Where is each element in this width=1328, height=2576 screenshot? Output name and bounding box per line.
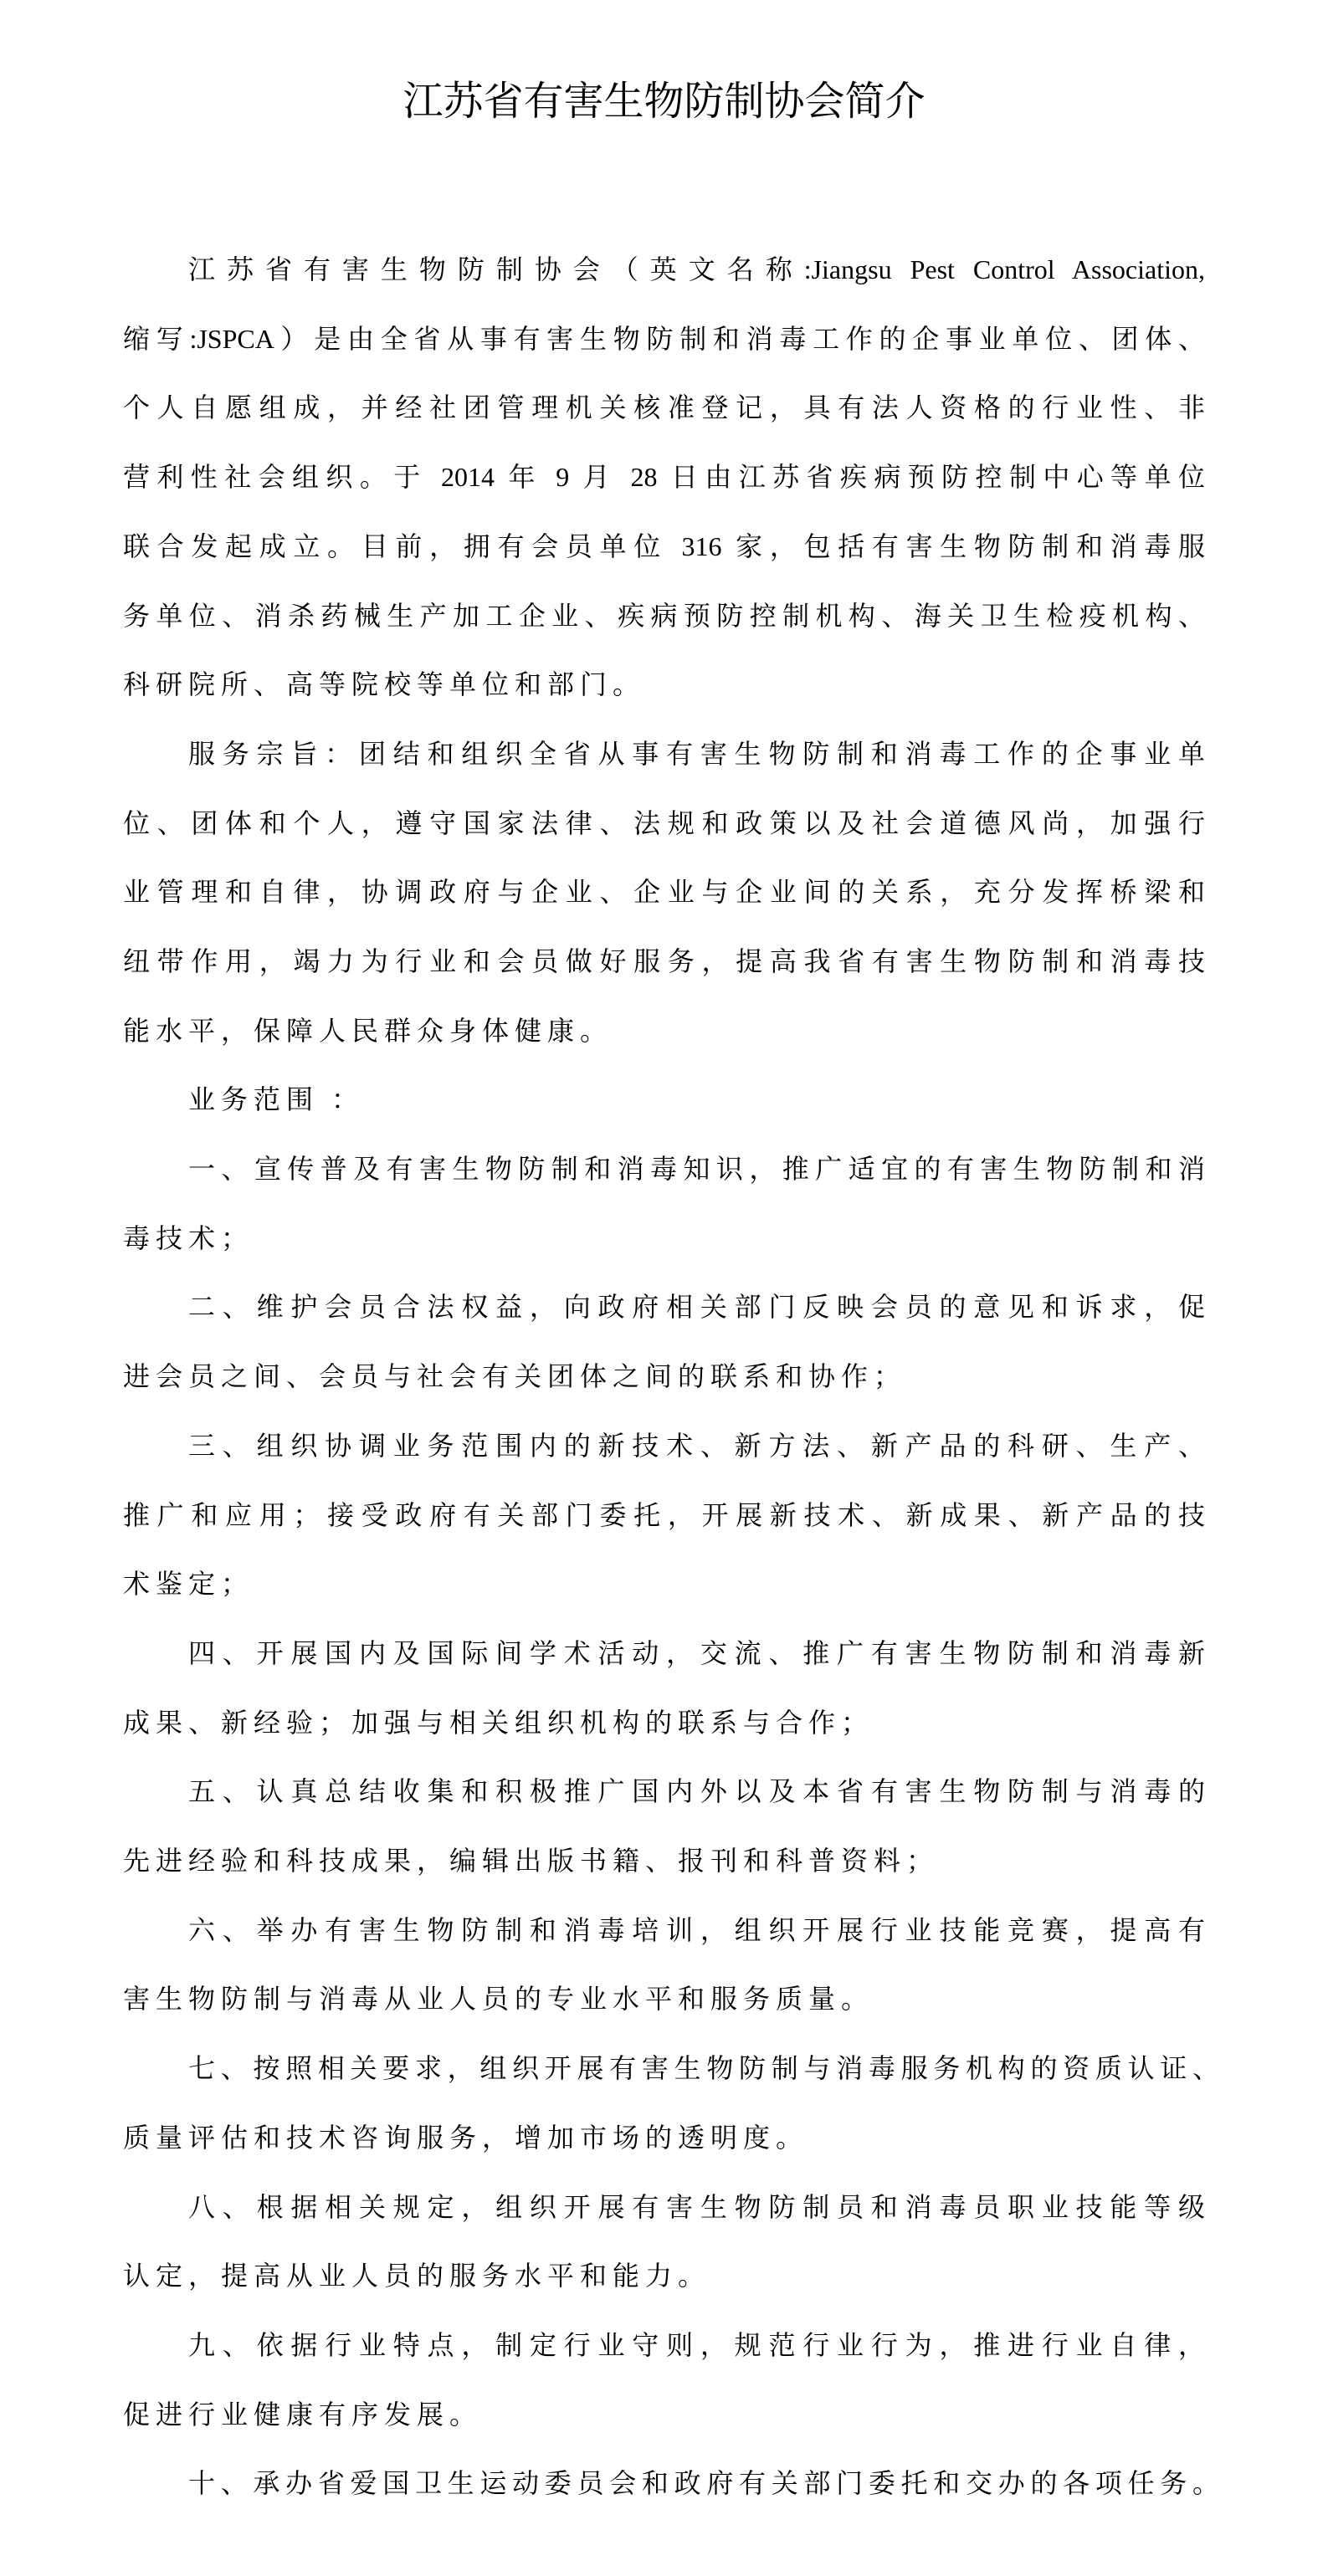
document-title: 江苏省有害生物防制协会简介 [0, 77, 1328, 125]
text-line: 术鉴定； [123, 1565, 1205, 1602]
text-line: 三、组织协调业务范围内的新技术、新方法、新产品的科研、生产、 [188, 1427, 1205, 1464]
text-line: 害生物防制与消毒从业人员的专业水平和服务质量。 [123, 1980, 1205, 2017]
text-line: 九、依据行业特点，制定行业守则，规范行业行为，推进行业自律， [188, 2327, 1205, 2363]
text-line: 服务宗旨：团结和组织全省从事有害生物防制和消毒工作的企事业单 [188, 735, 1205, 772]
text-line: 个人自愿组成，并经社团管理机关核准登记，具有法人资格的行业性、非 [123, 389, 1205, 426]
text-line: 成果、新经验；加强与相关组织机构的联系与合作； [123, 1704, 1205, 1741]
text-line: 八、根据相关规定，组织开展有害生物防制员和消毒员职业技能等级 [188, 2189, 1205, 2225]
document-page: 江苏省有害生物防制协会简介 江苏省有害生物防制协会（英文名称:Jiangsu P… [0, 0, 1328, 2576]
text-line: 缩写:JSPCA）是由全省从事有害生物防制和消毒工作的企事业单位、团体、 [123, 320, 1205, 357]
text-line: 江苏省有害生物防制协会（英文名称:Jiangsu Pest Control As… [188, 251, 1205, 288]
text-line: 联合发起成立。目前，拥有会员单位 316 家，包括有害生物防制和消毒服 [123, 528, 1205, 565]
text-line: 七、按照相关要求，组织开展有害生物防制与消毒服务机构的资质认证、 [188, 2050, 1219, 2087]
text-line: 四、开展国内及国际间学术活动，交流、推广有害生物防制和消毒新 [188, 1635, 1205, 1672]
section-heading: 业务范围 ： [188, 1081, 1205, 1118]
text-line: 纽带作用，竭力为行业和会员做好服务，提高我省有害生物防制和消毒技 [123, 943, 1205, 980]
text-line: 一、宣传普及有害生物防制和消毒知识，推广适宜的有害生物防制和消 [188, 1150, 1205, 1187]
text-line: 能水平，保障人民群众身体健康。 [123, 1012, 1205, 1049]
text-line: 先进经验和科技成果，编辑出版书籍、报刊和科普资料； [123, 1842, 1205, 1879]
text-line: 十、承办省爱国卫生运动委员会和政府有关部门委托和交办的各项任务。 [188, 2465, 1219, 2502]
text-line: 五、认真总结收集和积极推广国内外以及本省有害生物防制与消毒的 [188, 1773, 1205, 1810]
text-line: 二、维护会员合法权益，向政府相关部门反映会员的意见和诉求，促 [188, 1288, 1205, 1325]
text-line: 认定，提高从业人员的服务水平和能力。 [123, 2257, 1205, 2294]
text-line: 科研院所、高等院校等单位和部门。 [123, 666, 1205, 703]
text-line: 推广和应用；接受政府有关部门委托，开展新技术、新成果、新产品的技 [123, 1497, 1205, 1534]
text-line: 位、团体和个人，遵守国家法律、法规和政策以及社会道德风尚，加强行 [123, 805, 1205, 842]
text-line: 业管理和自律，协调政府与企业、企业与企业间的关系，充分发挥桥梁和 [123, 873, 1205, 910]
text-line: 毒技术； [123, 1220, 1205, 1257]
text-line: 促进行业健康有序发展。 [123, 2396, 1205, 2433]
text-line: 务单位、消杀药械生产加工企业、疾病预防控制机构、海关卫生检疫机构、 [123, 597, 1205, 634]
text-line: 质量评估和技术咨询服务，增加市场的透明度。 [123, 2119, 1205, 2156]
text-line: 进会员之间、会员与社会有关团体之间的联系和协作； [123, 1358, 1205, 1395]
text-line: 六、举办有害生物防制和消毒培训，组织开展行业技能竞赛，提高有 [188, 1912, 1205, 1949]
text-line: 营利性社会组织。于 2014 年 9 月 28 日由江苏省疾病预防控制中心等单位 [123, 458, 1205, 495]
